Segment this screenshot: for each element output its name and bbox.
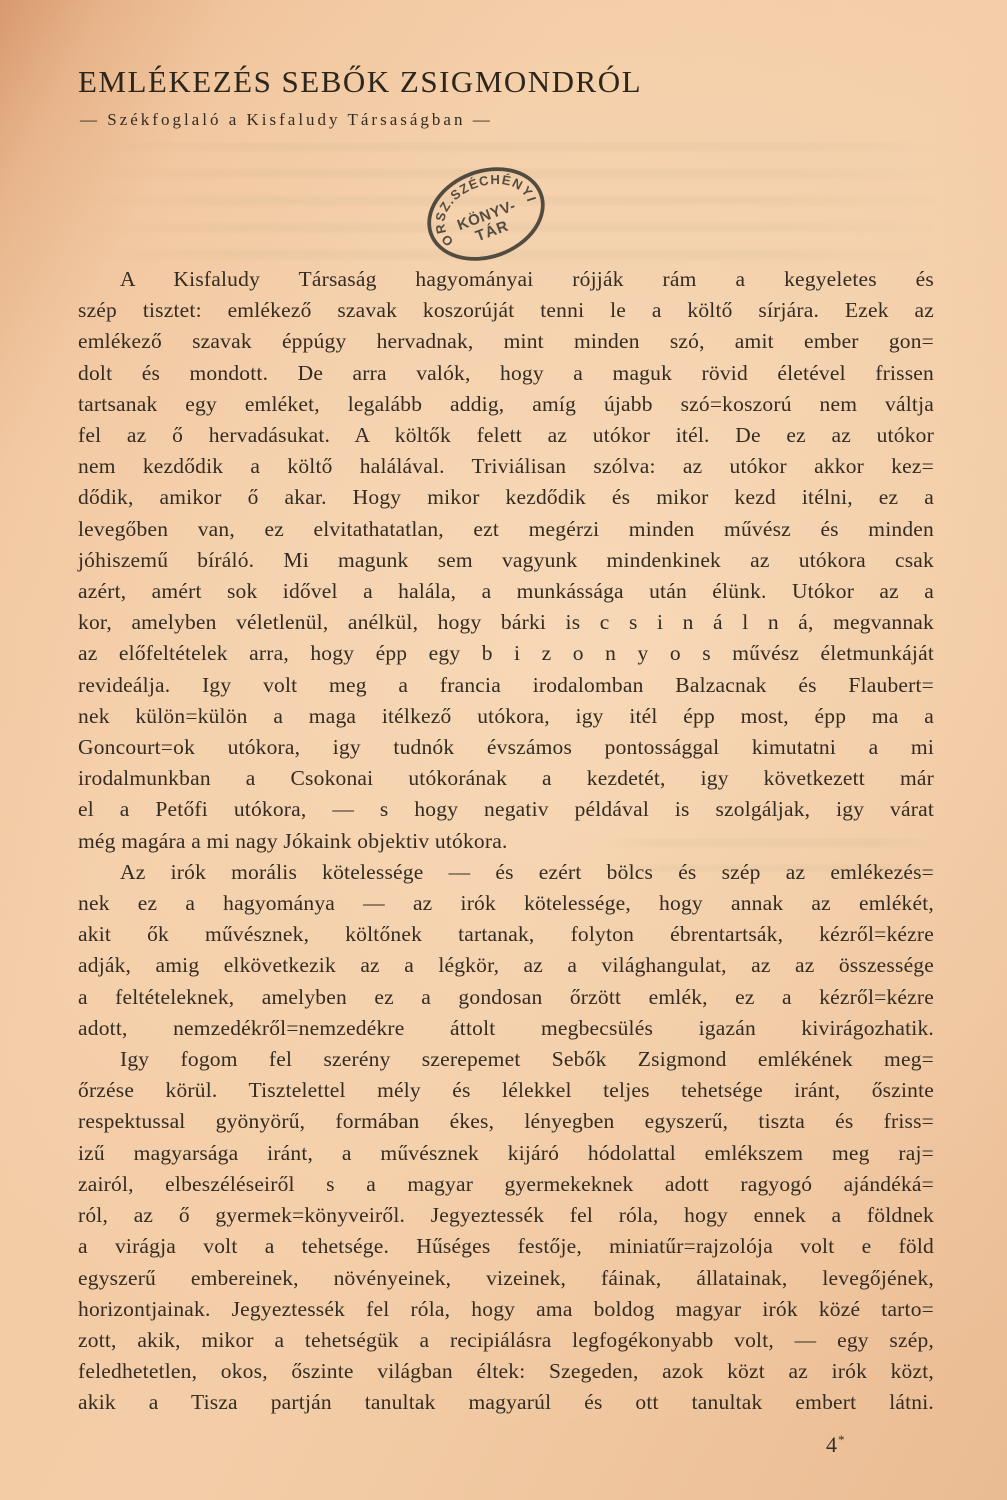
text-line: jóhiszemű bíráló. Mi magunk sem vagyunk … [78,545,934,576]
text-line: tartsanak egy emléket, legalább addig, a… [78,389,934,420]
paragraph: Igy fogom fel szerény szerepemet Sebők Z… [78,1044,934,1418]
paragraph: A Kisfaludy Társaság hagyományai rójják … [78,264,934,857]
text-line: izű magyarsága iránt, a művésznek kijáró… [78,1138,934,1169]
library-oval-stamp: ORSZ.SZÉCHÉNYI KÖNYV- TÁR [413,160,559,268]
text-line: nek ez a hagyománya — az irók kötelesség… [78,888,934,919]
text-line: ról, az ő gyermek=könyveiről. Jegyeztess… [78,1200,934,1231]
text-line: irodalmunkban a Csokonai utókorának a ke… [78,763,934,794]
text-line: őrzése körül. Tisztelettel mély és lélek… [78,1075,934,1106]
page-signature-star: * [838,1432,846,1447]
text-line: zott, akik, mikor a tehetségük a recipiá… [78,1325,934,1356]
text-line: respektussal gyönyörű, formában ékes, lé… [78,1106,934,1137]
text-line: fel az ő hervadásukat. A költők felett a… [78,420,934,451]
text-line: horizontjainak. Jegyeztessék fel róla, h… [78,1294,934,1325]
text-line: azért, amért sok idővel a halála, a munk… [78,576,934,607]
page-subtitle: — Székfoglaló a Kisfaludy Társaságban — [80,110,980,130]
text-line: A Kisfaludy Társaság hagyományai rójják … [78,264,934,295]
body-text: A Kisfaludy Társaság hagyományai rójják … [78,264,934,1419]
text-line: akik a Tisza partján tanultak magyarúl é… [78,1387,934,1418]
text-line: a feltételeknek, amelyben ez a gondosan … [78,982,934,1013]
stamp-group: ORSZ.SZÉCHÉNYI KÖNYV- TÁR [416,160,555,268]
text-line: egyszerű embereinek, növényeinek, vizein… [78,1263,934,1294]
text-line: dődik, amikor ő akar. Hogy mikor kezdődi… [78,482,934,513]
text-line: kor, amelyben véletlenül, anélkül, hogy … [78,607,934,638]
text-line: nek külön=külön a maga itélkező utókora,… [78,701,934,732]
page-signature-mark: 4* [826,1432,846,1458]
text-line: feledhetetlen, okos, őszinte világban él… [78,1356,934,1387]
text-line: el a Petőfi utókora, — s hogy negativ pé… [78,794,934,825]
text-line: szép tisztet: emlékező szavak koszorúját… [78,295,934,326]
text-line: akit ők művésznek, költőnek tartanak, fo… [78,919,934,950]
text-line: zairól, elbeszéléseiről s a magyar gyerm… [78,1169,934,1200]
text-line: az előfeltételek arra, hogy épp egy b i … [78,638,934,669]
text-line: Goncourt=ok utókora, igy tudnók évszámos… [78,732,934,763]
page-title: EMLÉKEZÉS SEBŐK ZSIGMONDRÓL [78,64,978,100]
text-line: adott, nemzedékről=nemzedékre áttolt meg… [78,1013,934,1044]
text-line: a virágja volt a tehetsége. Hűséges fest… [78,1231,934,1262]
text-line: levegőben van, ez elvitathatatlan, ezt m… [78,514,934,545]
text-line: nem kezdődik a költő halálával. Triviáli… [78,451,934,482]
text-line: adják, amig elkövetkezik az a légkör, az… [78,950,934,981]
page-signature-number: 4 [826,1432,838,1457]
paragraph: Az irók morális kötelessége — és ezért b… [78,857,934,1044]
text-line: Igy fogom fel szerény szerepemet Sebők Z… [78,1044,934,1075]
text-line: még magára a mi nagy Jókaink objektiv ut… [78,826,934,857]
text-line: Az irók morális kötelessége — és ezért b… [78,857,934,888]
text-line: revideálja. Igy volt meg a francia iroda… [78,670,934,701]
text-line: emlékező szavak éppúgy hervadnak, mint m… [78,326,934,357]
text-line: dolt és mondott. De arra valók, hogy a m… [78,358,934,389]
